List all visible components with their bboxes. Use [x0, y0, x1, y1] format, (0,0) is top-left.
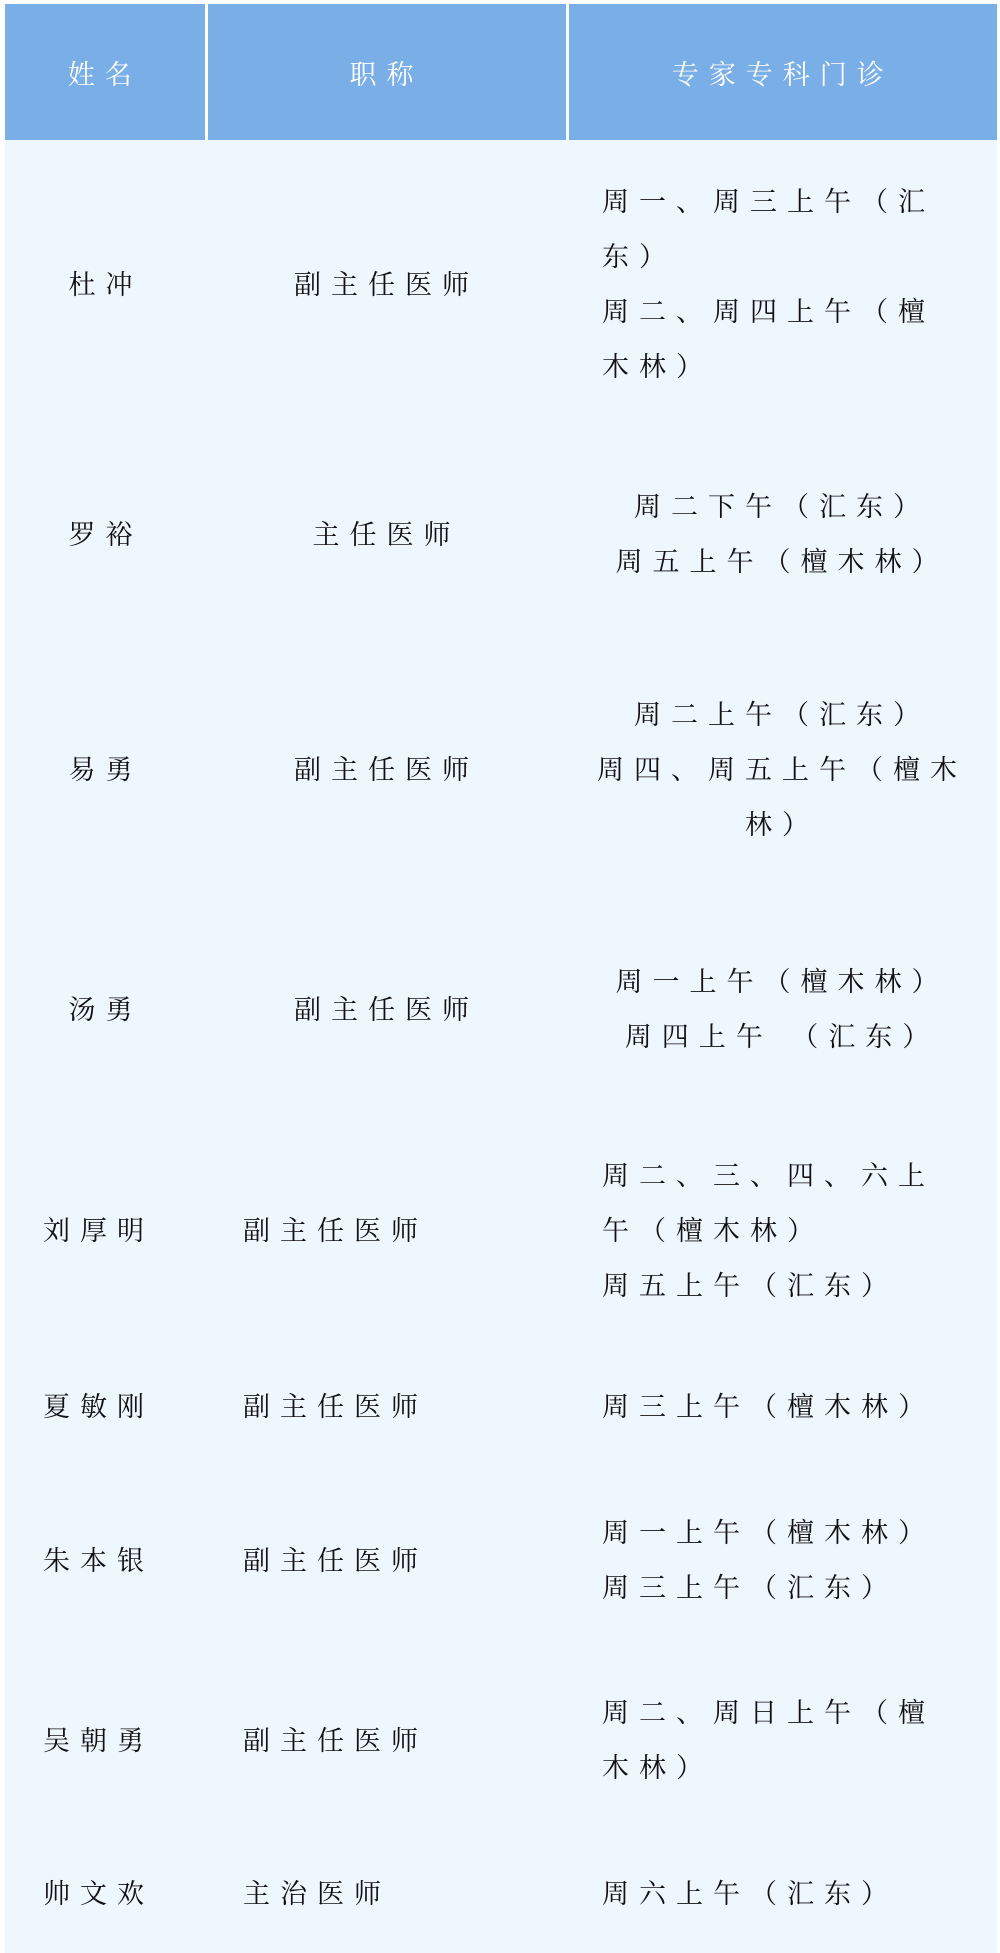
schedule-line: 周二、周四上午（檀木林）: [602, 285, 967, 395]
table-header: 姓名 职称 专家专科门诊: [5, 4, 997, 140]
doctor-title: 副主任医师: [206, 1342, 567, 1472]
clinic-schedule: 周二下午（汇东） 周五上午（檀木林）: [567, 430, 997, 640]
schedule-line: 周四上午 （汇东）: [587, 1010, 977, 1065]
header-schedule: 专家专科门诊: [567, 4, 997, 140]
schedule-line: 周五上午（汇东）: [602, 1259, 967, 1314]
doctor-schedule-sheet: 姓名 职称 专家专科门诊 杜冲 副主任医师 周一、周三上午（汇东） 周二、周四上…: [5, 4, 997, 1953]
doctor-title: 副主任医师: [206, 900, 567, 1120]
schedule-line: 周二下午（汇东）: [587, 480, 977, 535]
doctor-name: 朱本银: [5, 1472, 206, 1650]
schedule-line: 周一、周三上午（汇东）: [602, 175, 967, 285]
doctor-name: 杜冲: [5, 140, 206, 430]
table-row: 帅文欢 主治医师 周六上午（汇东）: [5, 1832, 997, 1953]
schedule-line: 周三上午（汇东）: [602, 1561, 967, 1616]
schedule-line: 周五上午（檀木林）: [587, 535, 977, 590]
schedule-line: 周一上午（檀木林）: [587, 955, 977, 1010]
clinic-schedule: 周一、周三上午（汇东） 周二、周四上午（檀木林）: [567, 140, 997, 430]
clinic-schedule: 周二、三、四、六上午（檀木林） 周五上午（汇东）: [567, 1120, 997, 1342]
schedule-line: 周六上午（汇东）: [602, 1867, 967, 1922]
clinic-schedule: 周二、周日上午（檀木林）: [567, 1650, 997, 1832]
table-row: 朱本银 副主任医师 周一上午（檀木林） 周三上午（汇东）: [5, 1472, 997, 1650]
schedule-line: 周二、三、四、六上午（檀木林）: [602, 1149, 967, 1259]
doctor-name: 夏敏刚: [5, 1342, 206, 1472]
schedule-line: 周三上午（檀木林）: [602, 1380, 967, 1435]
doctor-name: 易勇: [5, 640, 206, 900]
table-row: 易勇 副主任医师 周二上午（汇东） 周四、周五上午（檀木林）: [5, 640, 997, 900]
header-name: 姓名: [5, 4, 206, 140]
doctor-name: 吴朝勇: [5, 1650, 206, 1832]
clinic-schedule: 周一上午（檀木林） 周四上午 （汇东）: [567, 900, 997, 1120]
doctor-title: 副主任医师: [206, 640, 567, 900]
doctor-name: 刘厚明: [5, 1120, 206, 1342]
doctor-title: 副主任医师: [206, 1472, 567, 1650]
doctor-name: 罗裕: [5, 430, 206, 640]
table-row: 吴朝勇 副主任医师 周二、周日上午（檀木林）: [5, 1650, 997, 1832]
schedule-line: 周二上午（汇东）: [587, 688, 977, 743]
clinic-schedule: 周一上午（檀木林） 周三上午（汇东）: [567, 1472, 997, 1650]
table-row: 夏敏刚 副主任医师 周三上午（檀木林）: [5, 1342, 997, 1472]
doctor-name: 汤勇: [5, 900, 206, 1120]
doctor-title: 副主任医师: [206, 1120, 567, 1342]
clinic-schedule: 周二上午（汇东） 周四、周五上午（檀木林）: [567, 640, 997, 900]
header-title: 职称: [206, 4, 567, 140]
doctor-name: 帅文欢: [5, 1832, 206, 1953]
schedule-line: 周一上午（檀木林）: [602, 1506, 967, 1561]
table-row: 杜冲 副主任医师 周一、周三上午（汇东） 周二、周四上午（檀木林）: [5, 140, 997, 430]
doctor-title: 主治医师: [206, 1832, 567, 1953]
header-row: 姓名 职称 专家专科门诊: [5, 4, 997, 140]
table-row: 刘厚明 副主任医师 周二、三、四、六上午（檀木林） 周五上午（汇东）: [5, 1120, 997, 1342]
doctor-title: 副主任医师: [206, 1650, 567, 1832]
clinic-schedule: 周三上午（檀木林）: [567, 1342, 997, 1472]
doctor-title: 主任医师: [206, 430, 567, 640]
schedule-line: 周二、周日上午（檀木林）: [602, 1686, 967, 1796]
table-row: 罗裕 主任医师 周二下午（汇东） 周五上午（檀木林）: [5, 430, 997, 640]
table-body: 杜冲 副主任医师 周一、周三上午（汇东） 周二、周四上午（檀木林） 罗裕 主任医…: [5, 140, 997, 1953]
doctor-title: 副主任医师: [206, 140, 567, 430]
table-row: 汤勇 副主任医师 周一上午（檀木林） 周四上午 （汇东）: [5, 900, 997, 1120]
schedule-line: 周四、周五上午（檀木林）: [587, 743, 977, 853]
expert-clinic-table: 姓名 职称 专家专科门诊 杜冲 副主任医师 周一、周三上午（汇东） 周二、周四上…: [5, 4, 997, 1953]
clinic-schedule: 周六上午（汇东）: [567, 1832, 997, 1953]
